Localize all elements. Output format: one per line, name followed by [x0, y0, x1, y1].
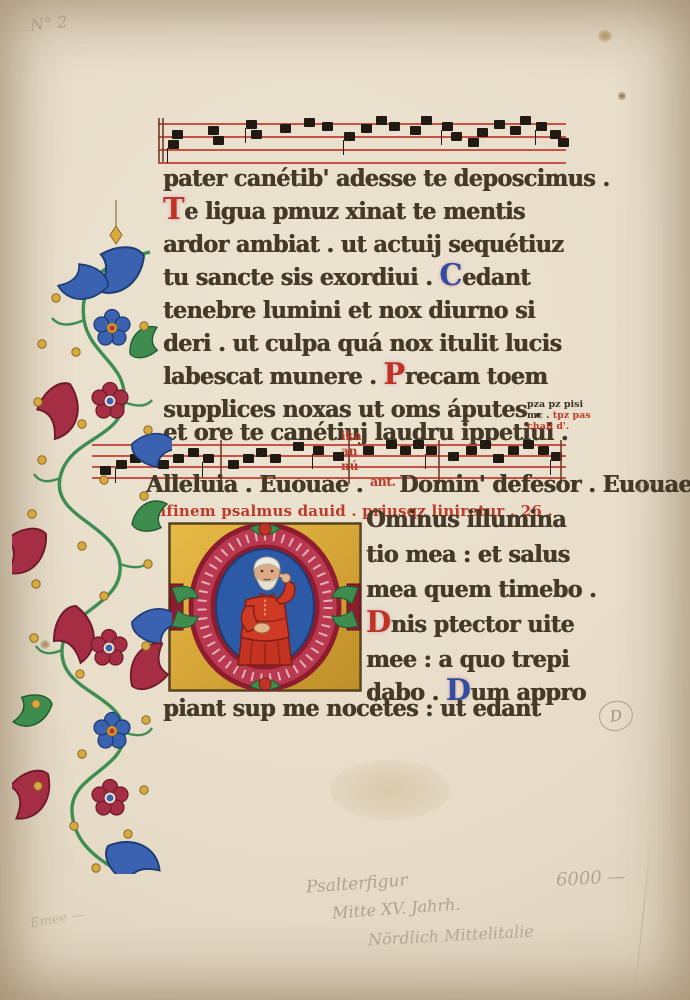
hymn-line: Te ligua pmuz xinat te mentis — [163, 199, 561, 225]
hymn-line: ardor ambiat . ut actuij sequétiuz — [163, 232, 561, 258]
hymn-text: labescat munere . — [163, 363, 383, 390]
stain-spot — [598, 30, 612, 42]
neume — [251, 130, 262, 139]
stain-spot — [330, 760, 450, 820]
neume — [313, 446, 324, 455]
neume — [477, 128, 488, 137]
neume — [213, 136, 224, 145]
neume — [538, 446, 549, 455]
psalm-text: tio mea : et salus — [366, 541, 570, 568]
floral-border — [12, 234, 172, 874]
hymn-text: e ligua pmuz xinat te mentis — [184, 198, 525, 225]
neume — [510, 126, 521, 135]
neume — [523, 440, 534, 449]
neume — [361, 124, 372, 133]
psalm-text: mea quem timebo . — [366, 576, 596, 603]
neume — [413, 440, 424, 449]
neume — [168, 140, 179, 149]
neume — [203, 454, 214, 463]
neume — [451, 132, 462, 141]
neume — [188, 448, 199, 457]
psalm-text: nis ptector uite — [391, 611, 574, 638]
neume — [363, 446, 374, 455]
neume — [243, 454, 254, 463]
neume — [322, 122, 333, 131]
neume — [270, 454, 281, 463]
psalm-line: mee : a quo trepi — [366, 647, 618, 673]
neume — [389, 122, 400, 131]
neume — [228, 460, 239, 469]
pencil-note-date: Mitte XV. Jahrh. — [331, 895, 461, 923]
neume — [293, 442, 304, 451]
antiphon-text: Alleluia . Euouae . — [146, 471, 370, 498]
staff-bar-line — [162, 118, 164, 162]
neume — [536, 122, 547, 131]
hymn-text: pater canétib' adesse te deposcimus . — [163, 165, 609, 192]
pencil-note-origin: Nördlich Mittelitalie — [368, 922, 535, 950]
pencil-price: 6000 — — [555, 866, 626, 891]
neume — [466, 446, 477, 455]
hymn-line: deri . ut culpa quá nox itulit lucis — [163, 331, 561, 357]
parchment-crease — [634, 840, 652, 999]
hymn-line: labescat munere . Precam toem — [163, 364, 561, 390]
gloss-text: pza pz pisi — [527, 399, 583, 410]
psalm-text: piant sup me nocétes : ut edant — [163, 695, 540, 722]
stain-spot — [618, 92, 626, 100]
neume — [344, 132, 355, 141]
staff-bar-line — [158, 118, 160, 162]
psalm-text: mee : a quo trepi — [366, 646, 569, 673]
hymn-line: pater canétib' adesse te deposcimus . — [163, 166, 561, 192]
neume — [173, 454, 184, 463]
hymn-text: recam toem — [405, 363, 548, 390]
pencil-note-title: Psalterfigur — [305, 870, 408, 897]
manuscript-page: N° 2 pater canétib' adesse te deposcimus… — [0, 0, 690, 1000]
neume — [508, 446, 519, 455]
neume — [426, 446, 437, 455]
psalm-line: tio mea : et salus — [366, 542, 618, 568]
psalm-line: piant sup me nocétes : ut edant — [163, 696, 561, 722]
neume — [520, 116, 531, 125]
neume — [558, 138, 569, 147]
neume — [480, 440, 491, 449]
hymn-text: tu sancte sis exordiui . — [163, 264, 439, 291]
neume — [494, 120, 505, 129]
hymn-text: tenebre lumini et nox diurno si — [163, 297, 535, 324]
hymn-line: tu sancte sis exordiui . Cedant — [163, 265, 561, 291]
neume — [208, 126, 219, 135]
pencil-folio-number: 87 — [637, 481, 654, 496]
antiphon-line: Alleluia . Euouae . ant. Domin' defesor … — [146, 471, 690, 498]
psalm-line: mea quem timebo . — [366, 577, 618, 603]
neume — [376, 116, 387, 125]
neume — [448, 452, 459, 461]
gloss-text: mc . — [527, 410, 549, 421]
pencil-corner-mark: Emee — — [29, 907, 85, 931]
red-initial-T: T — [163, 192, 184, 227]
neume — [442, 122, 453, 131]
blue-initial-C: C — [439, 258, 462, 293]
neume — [304, 118, 315, 127]
neume — [421, 116, 432, 125]
hymn-text: ardor ambiat . ut actuij sequétiuz — [163, 231, 563, 258]
marginal-gloss: pza pz pisi mc . tpz pas chali d'. — [527, 399, 591, 432]
staff-line — [158, 162, 566, 164]
border-vine — [12, 234, 172, 874]
antiphon-mark: ant. — [370, 475, 399, 490]
neume — [172, 130, 183, 139]
neume — [400, 446, 411, 455]
neume — [333, 452, 344, 461]
staff-line — [158, 149, 566, 151]
pencil-shelfmark: N° 2 — [29, 12, 68, 35]
gloss-text-red: chali d'. — [527, 421, 591, 432]
neume — [280, 124, 291, 133]
hymn-text: edant — [462, 264, 530, 291]
neume — [468, 138, 479, 147]
red-initial-P: P — [383, 357, 404, 392]
psalm-line: Dnis ptector uite — [366, 612, 618, 638]
red-initial-D: D — [366, 605, 391, 640]
neume — [246, 120, 257, 129]
neume — [256, 448, 267, 457]
illuminated-initial-D — [168, 522, 362, 692]
hymn-text: deri . ut culpa quá nox itulit lucis — [163, 330, 561, 357]
neume — [386, 440, 397, 449]
initial-miniature — [168, 522, 362, 692]
hymn-line: tenebre lumini et nox diurno si — [163, 298, 561, 324]
psalm-text: Ominus illumina — [366, 506, 566, 533]
neume — [493, 454, 504, 463]
gloss-text-red: tpz pas — [553, 410, 591, 421]
psalm-line: Ominus illumina — [366, 507, 618, 533]
neume — [410, 126, 421, 135]
